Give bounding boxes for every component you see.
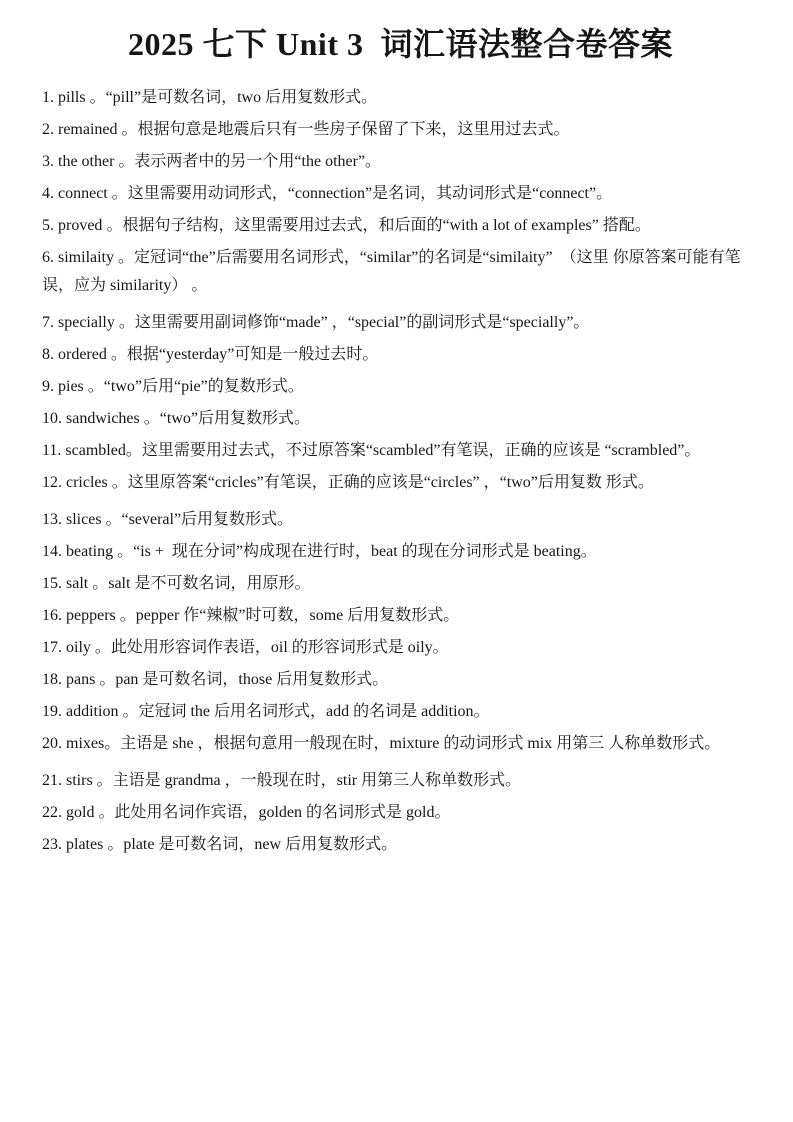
answer-item: 7. specially 。这里需要用副词修饰“made” ，“special”… [42, 309, 759, 337]
item-number: 2. [42, 121, 54, 138]
item-number: 15. [42, 575, 62, 592]
item-explanation: 。定冠词“the”后需要用名词形式，“similar”的名词是“similait… [42, 249, 741, 294]
answer-item: 19. addition 。定冠词 the 后用名词形式，add 的名词是 ad… [42, 698, 759, 726]
item-explanation: 。主语是 she ，根据句意用一般现在时，mixture 的动词形式 mix 用… [104, 735, 720, 752]
item-answer: specially [58, 314, 115, 331]
item-number: 20. [42, 735, 62, 752]
item-explanation: 。“two”后用“pie”的复数形式。 [84, 378, 304, 395]
item-explanation: 。“two”后用复数形式。 [140, 410, 310, 427]
item-answer: cricles [66, 474, 108, 491]
item-explanation: 。这里需要用副词修饰“made” ，“special”的副词形式是“specia… [115, 314, 590, 331]
item-answer: addition [66, 703, 118, 720]
item-number: 16. [42, 607, 62, 624]
answer-item: 17. oily 。此处用形容词作表语，oil 的形容词形式是 oily。 [42, 634, 759, 662]
answer-item: 10. sandwiches 。“two”后用复数形式。 [42, 405, 759, 433]
item-number: 21. [42, 772, 62, 789]
item-answer: slices [66, 511, 102, 528]
answer-item: 14. beating 。“is + 现在分词”构成现在进行时，beat 的现在… [42, 538, 759, 566]
item-explanation: 。pan 是可数名词，those 后用复数形式。 [95, 671, 388, 688]
item-number: 1. [42, 89, 54, 106]
answer-item: 4. connect 。这里需要用动词形式，“connection”是名词，其动… [42, 180, 759, 208]
item-number: 18. [42, 671, 62, 688]
item-number: 10. [42, 410, 62, 427]
item-answer: connect [58, 185, 108, 202]
answer-item: 2. remained 。根据句意是地震后只有一些房子保留了下来，这里用过去式。 [42, 116, 759, 144]
item-number: 19. [42, 703, 62, 720]
item-number: 11. [42, 442, 61, 459]
item-explanation: 。这里需要用过去式，不过原答案“scambled”有笔误，正确的应该是 “scr… [126, 442, 701, 459]
answer-item: 12. cricles 。这里原答案“cricles”有笔误，正确的应该是“ci… [42, 469, 759, 497]
item-explanation: 。pepper 作“辣椒”时可数，some 后用复数形式。 [116, 607, 460, 624]
item-answer: pies [58, 378, 84, 395]
answer-item: 11. scambled。这里需要用过去式，不过原答案“scambled”有笔误… [42, 437, 759, 465]
answer-item: 9. pies 。“two”后用“pie”的复数形式。 [42, 373, 759, 401]
answer-item: 13. slices 。“several”后用复数形式。 [42, 506, 759, 534]
item-explanation: 。定冠词 the 后用名词形式，add 的名词是 addition。 [118, 703, 489, 720]
item-answer: remained [58, 121, 118, 138]
item-answer: pans [66, 671, 95, 688]
item-answer: sandwiches [66, 410, 140, 427]
item-number: 3. [42, 153, 54, 170]
item-number: 23. [42, 836, 62, 853]
item-explanation: 。根据“yesterday”可知是一般过去时。 [107, 346, 379, 363]
item-explanation: 。此处用形容词作表语，oil 的形容词形式是 oily。 [91, 639, 449, 656]
item-explanation: 。这里原答案“cricles”有笔误，正确的应该是“circles” ，“two… [108, 474, 654, 491]
answer-item: 22. gold 。此处用名词作宾语，golden 的名词形式是 gold。 [42, 799, 759, 827]
item-number: 5. [42, 217, 54, 234]
answer-item: 18. pans 。pan 是可数名词，those 后用复数形式。 [42, 666, 759, 694]
item-answer: the other [58, 153, 114, 170]
answer-list: 1. pills 。“pill”是可数名词，two 后用复数形式。 2. rem… [42, 84, 759, 859]
item-explanation: 。此处用名词作宾语，golden 的名词形式是 gold。 [94, 804, 450, 821]
item-explanation: 。plate 是可数名词，new 后用复数形式。 [103, 836, 397, 853]
item-answer: mixes [66, 735, 104, 752]
item-number: 6. [42, 249, 54, 266]
item-number: 9. [42, 378, 54, 395]
item-answer: oily [66, 639, 91, 656]
item-answer: plates [66, 836, 103, 853]
item-explanation: 。“is + 现在分词”构成现在进行时，beat 的现在分词形式是 beatin… [113, 543, 597, 560]
item-explanation: 。表示两者中的另一个用“the other”。 [114, 153, 381, 170]
item-answer: ordered [58, 346, 107, 363]
item-answer: beating [66, 543, 113, 560]
item-answer: peppers [66, 607, 116, 624]
item-number: 22. [42, 804, 62, 821]
item-number: 17. [42, 639, 62, 656]
item-explanation: 。“pill”是可数名词，two 后用复数形式。 [86, 89, 378, 106]
item-number: 13. [42, 511, 62, 528]
item-explanation: 。根据句子结构，这里需要用过去式，和后面的“with a lot of exam… [102, 217, 650, 234]
answer-item: 23. plates 。plate 是可数名词，new 后用复数形式。 [42, 831, 759, 859]
answer-item: 20. mixes。主语是 she ，根据句意用一般现在时，mixture 的动… [42, 730, 759, 758]
item-explanation: 。这里需要用动词形式，“connection”是名词，其动词形式是“connec… [108, 185, 612, 202]
answer-item: 16. peppers 。pepper 作“辣椒”时可数，some 后用复数形式… [42, 602, 759, 630]
item-number: 14. [42, 543, 62, 560]
item-answer: proved [58, 217, 102, 234]
item-answer: gold [66, 804, 94, 821]
item-number: 8. [42, 346, 54, 363]
item-answer: salt [66, 575, 88, 592]
item-answer: similaity [58, 249, 114, 266]
item-explanation: 。根据句意是地震后只有一些房子保留了下来，这里用过去式。 [118, 121, 570, 138]
item-explanation: 。salt 是不可数名词，用原形。 [88, 575, 310, 592]
item-explanation: 。“several”后用复数形式。 [102, 511, 294, 528]
item-answer: scambled [65, 442, 125, 459]
answer-item: 21. stirs 。主语是 grandma ，一般现在时，stir 用第三人称… [42, 767, 759, 795]
item-answer: stirs [66, 772, 93, 789]
answer-item: 8. ordered 。根据“yesterday”可知是一般过去时。 [42, 341, 759, 369]
answer-item: 3. the other 。表示两者中的另一个用“the other”。 [42, 148, 759, 176]
answer-item: 15. salt 。salt 是不可数名词，用原形。 [42, 570, 759, 598]
item-number: 12. [42, 474, 62, 491]
answer-item: 6. similaity 。定冠词“the”后需要用名词形式，“similar”… [42, 244, 759, 300]
item-answer: pills [58, 89, 86, 106]
document-page: 2025 七下 Unit 3 词汇语法整合卷答案 1. pills 。“pill… [0, 0, 793, 1122]
item-number: 4. [42, 185, 54, 202]
item-explanation: 。主语是 grandma ，一般现在时，stir 用第三人称单数形式。 [93, 772, 521, 789]
answer-item: 5. proved 。根据句子结构，这里需要用过去式，和后面的“with a l… [42, 212, 759, 240]
answer-item: 1. pills 。“pill”是可数名词，two 后用复数形式。 [42, 84, 759, 112]
page-title: 2025 七下 Unit 3 词汇语法整合卷答案 [42, 24, 759, 66]
item-number: 7. [42, 314, 54, 331]
